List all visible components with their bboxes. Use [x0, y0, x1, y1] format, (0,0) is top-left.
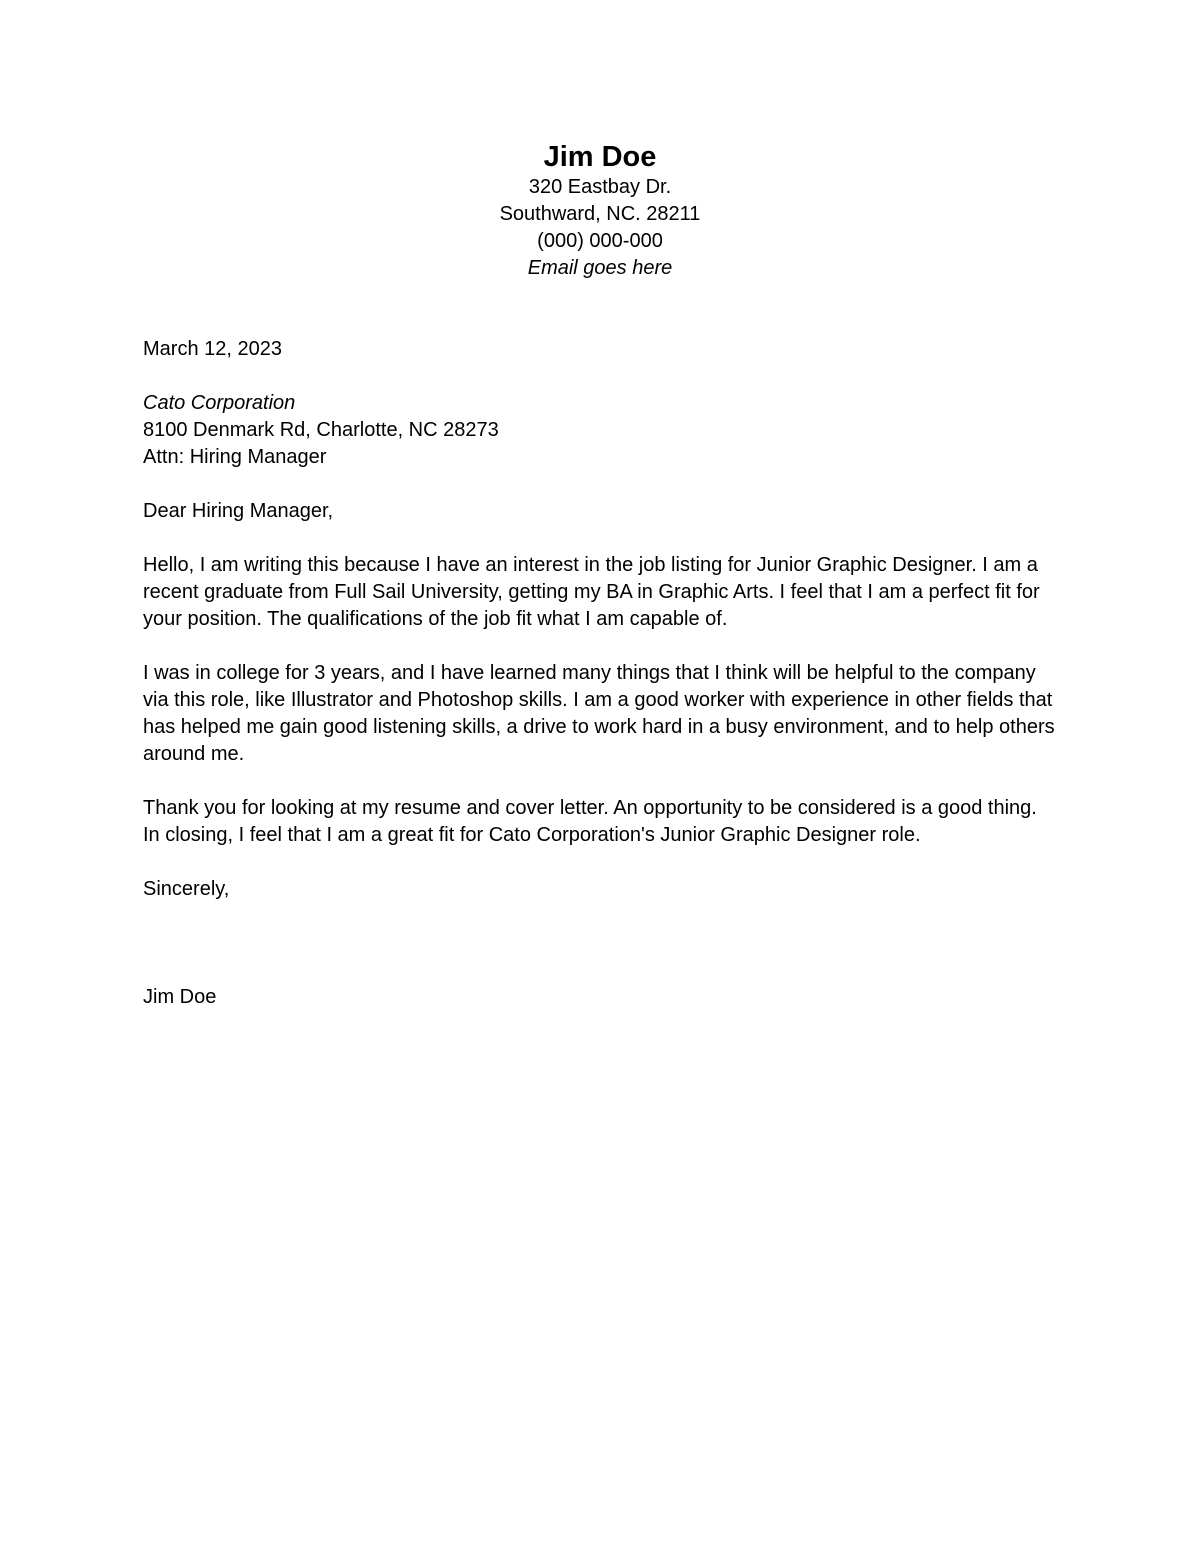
closing: Sincerely, [143, 876, 1057, 903]
letter-header: Jim Doe 320 Eastbay Dr. Southward, NC. 2… [143, 140, 1057, 282]
sender-address-line1: 320 Eastbay Dr. [143, 174, 1057, 201]
recipient-attn: Attn: Hiring Manager [143, 444, 1057, 471]
salutation: Dear Hiring Manager, [143, 498, 1057, 525]
recipient-company: Cato Corporation [143, 390, 1057, 417]
sender-phone: (000) 000-000 [143, 228, 1057, 255]
sender-email-placeholder: Email goes here [143, 255, 1057, 282]
letter-date: March 12, 2023 [143, 336, 1057, 363]
body-paragraph-3: Thank you for looking at my resume and c… [143, 795, 1057, 849]
recipient-block: Cato Corporation 8100 Denmark Rd, Charlo… [143, 390, 1057, 471]
body-paragraph-1: Hello, I am writing this because I have … [143, 552, 1057, 633]
sender-name: Jim Doe [143, 140, 1057, 174]
body-paragraph-2: I was in college for 3 years, and I have… [143, 660, 1057, 768]
signature-name: Jim Doe [143, 984, 1057, 1011]
recipient-address: 8100 Denmark Rd, Charlotte, NC 28273 [143, 417, 1057, 444]
document-page: Jim Doe 320 Eastbay Dr. Southward, NC. 2… [0, 0, 1200, 1553]
sender-address-line2: Southward, NC. 28211 [143, 201, 1057, 228]
